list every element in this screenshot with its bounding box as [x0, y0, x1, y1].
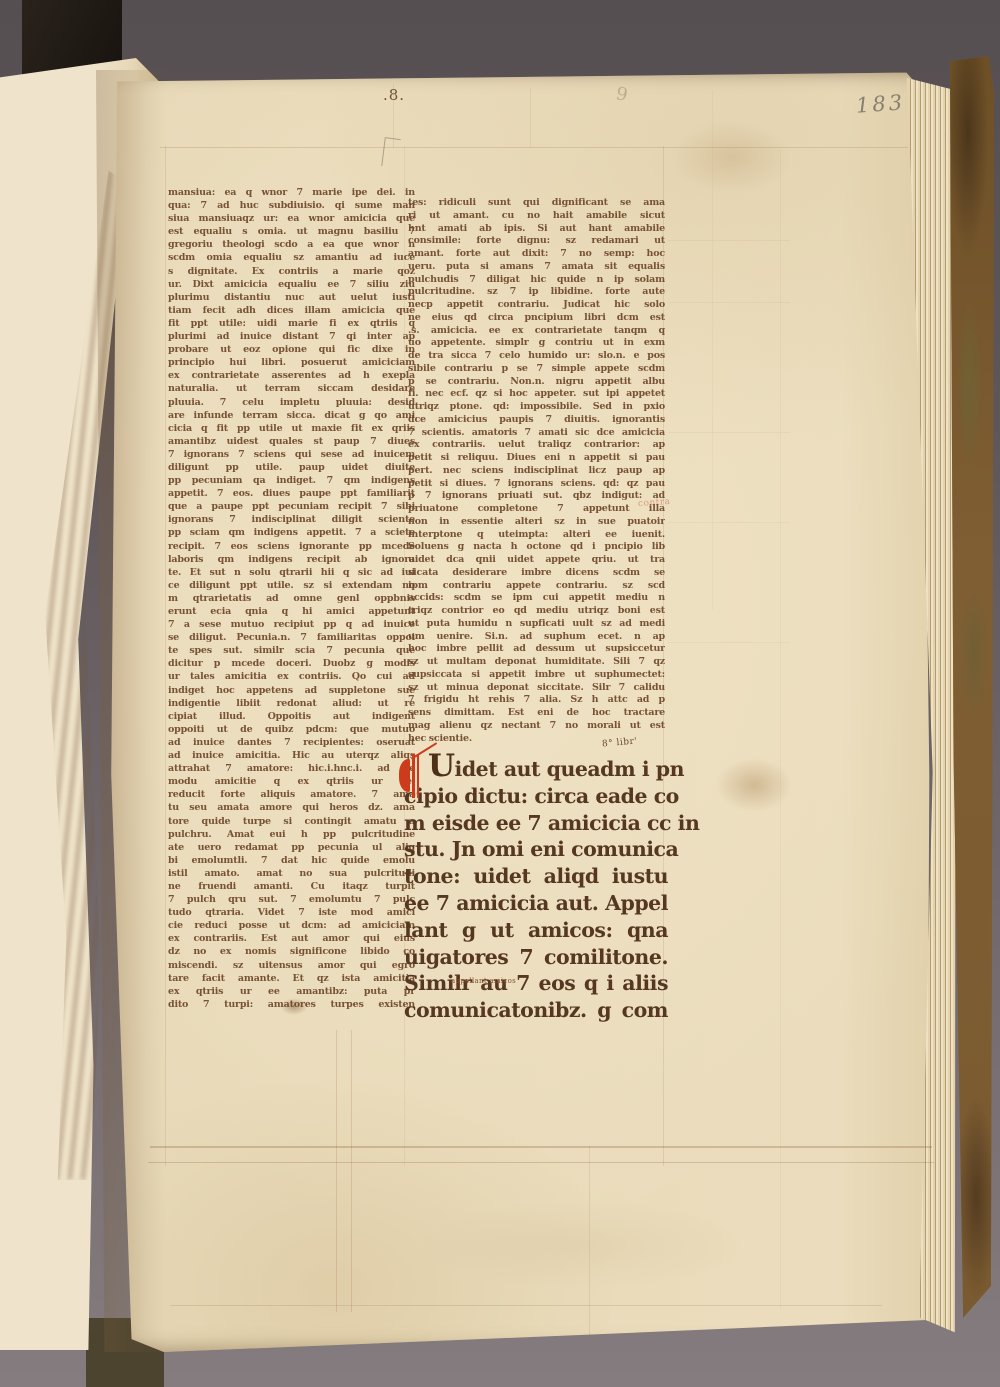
manuscript-text-line: s dignitate. Ex contriis a marie qoz [168, 265, 415, 278]
manuscript-text-line: pulchudis 7 diligat hic quide n ip solam [408, 274, 665, 287]
manuscript-text-line: triqz contrior eo qd mediu utriqz boni e… [408, 605, 665, 618]
manuscript-text-line: pp sciam qm indigens appetit. 7 a sciete [168, 526, 415, 539]
margin-ruling-4 [668, 522, 790, 523]
manuscript-text-line: sz ut minua deponat siccitate. Silr 7 ca… [408, 682, 665, 695]
ruling-line-bottom-2 [148, 1162, 934, 1163]
manuscript-text-line: istil amato. amat no sua pulcritudi [168, 867, 415, 880]
manuscript-text-line: que a paupe ppt pecuniam recipit 7 sibi [168, 500, 415, 513]
manuscript-text-line: hec scientie. [408, 733, 665, 746]
manuscript-text-line: stu. Jn omi eni comunica [404, 836, 668, 863]
manuscript-text-line: dz no ex nomis significone libido co [168, 945, 415, 958]
manuscript-text-line: attrahat 7 amatore: hic.i.hnc.i. ad te [168, 762, 415, 775]
manuscript-text-line: indigentie libiit redonat aliud: ut re [168, 697, 415, 710]
ruling-vertical-pair-2 [351, 1030, 352, 1312]
ruling-vertical-top-2 [530, 88, 531, 148]
manuscript-text-line: hoc imbre pellit ad dessum ut supsiccetu… [408, 643, 665, 656]
manuscript-text-line: pluuia. 7 celu impletu pluuia: desid [168, 396, 415, 409]
manuscript-text-line: tare facit amante. Et qz ista amicitia [168, 972, 415, 985]
manuscript-text-line: fi. nec ecf. qz si hoc appeter. sut ipi … [408, 388, 665, 401]
manuscript-text-line: ne eius qd circa pncipium libri dcm est [408, 312, 665, 325]
manuscript-text-line: sens dimittam. Est eni de hoc tractare [408, 707, 665, 720]
manuscript-text-line: cipio dictu: circa eade co [404, 783, 668, 810]
manuscript-text-line: um uenire. Si.n. ad suphum ecet. n ap [408, 631, 665, 644]
manuscript-text-line: qua: 7 ad huc subdiuisio. qi sume man [168, 199, 415, 212]
manuscript-text-line: sibile contrariu p se 7 simple appete sc… [408, 363, 665, 376]
manuscript-text-line: 7 scientis. amatoris 7 amati sic dce ami… [408, 427, 665, 440]
manuscript-text-line: tone: uidet aliqd iustu [404, 863, 668, 890]
manuscript-text-line: petit si diues. 7 ignorans sciens. qd: q… [408, 478, 665, 491]
manuscript-text-line: ad inuice dantes 7 recipientes: oseruat [168, 736, 415, 749]
manuscript-text-line: ee 7 amicicia aut. Appel [404, 890, 668, 917]
ruling-line-lower [170, 1305, 882, 1306]
margin-ruling-3 [668, 432, 790, 433]
manuscript-text-line: laboris qm indigens recipit ab ignora [168, 553, 415, 566]
manuscript-photo: .8. 9 183 8° libr' contra mansiua: ea q … [0, 0, 1000, 1387]
manuscript-text-line: tu seu amata amore qui heros dz. ama [168, 801, 415, 814]
manuscript-text-line: indiget hoc appetens ad suppletone sue [168, 684, 415, 697]
manuscript-text-line: ad inuice amicitia. Hic au uterqz aliqs [168, 749, 415, 762]
manuscript-text-line: dce amicicius paupis 7 diuitis. ignorant… [408, 414, 665, 427]
manuscript-text-line: tiam fecit adh dices illam amicicia que [168, 304, 415, 317]
manuscript-text-line: ipm contrariu appete contrariu. sz scd [408, 580, 665, 593]
manuscript-text-line: reducit forte aliquis amatore. 7 ama [168, 788, 415, 801]
manuscript-text-line: mansiua: ea q wnor 7 marie ipe dei. in [168, 186, 415, 199]
manuscript-text-line: consimile: forte dignu: sz redamari ut [408, 235, 665, 248]
manuscript-text-line: appetit. 7 eos. diues paupe ppt familiar… [168, 487, 415, 500]
manuscript-text-line: utriqz ptone. qd: impossibile. Sed in px… [408, 401, 665, 414]
lemma-text-block: Uidet aut queadm i pncipio dictu: circa … [404, 753, 668, 1024]
manuscript-text-line: lant g ut amicos: qna [404, 917, 668, 944]
manuscript-text-line: 7 pulch qru sut. 7 emolumtu 7 pulc [168, 893, 415, 906]
manuscript-text-line: ex qtriis ur ee amantibz: puta pr [168, 985, 415, 998]
manuscript-text-line: ce diligunt ppt utile. sz si extendam no [168, 579, 415, 592]
gutter-shading [96, 70, 166, 1352]
manuscript-text-line: tore quide turpe si contingit amatu a [168, 815, 415, 828]
manuscript-text-line: pulcritudine. sz 7 ip libidine. forte au… [408, 286, 665, 299]
manuscript-text-line: gregoriu theologi scdo a ea que wnor n [168, 238, 415, 251]
folio-number: 183 [855, 90, 906, 117]
manuscript-text-line: p 7 ignorans priuati sut. qbz indigut: a… [408, 490, 665, 503]
manuscript-text-line: est equaliu s omia. ut magnu basiliu 7 [168, 225, 415, 238]
manuscript-text-line: ex contrarietate asserentes ad h exepla [168, 369, 415, 382]
ruling-column-left [165, 146, 166, 1166]
manuscript-text-line: m qtrarietatis ad omne genl oppbnis [168, 592, 415, 605]
manuscript-text-line: ne fruendi amanti. Cu itaqz turpit [168, 880, 415, 893]
manuscript-text-line: m eisde ee 7 amicicia cc in [404, 810, 668, 837]
manuscript-text-line: p se contrariu. Non.n. nigru appetit alb… [408, 376, 665, 389]
manuscript-text-line: ri ut amant. cu no hait amabile sicut [408, 210, 665, 223]
manuscript-text-line: .s. amicicia. ee ex contrarietate tanqm … [408, 325, 665, 338]
manuscript-text-line: mag alienu qz nectant 7 no morali ut est [408, 720, 665, 733]
margin-ruling-2 [668, 302, 790, 303]
manuscript-text-line: dito 7 turpi: amatores turpes existen [168, 998, 415, 1011]
manuscript-text-line: pert. nec sciens indisciplinat licz paup… [408, 465, 665, 478]
manuscript-text-line: probare ut eoz opione qui fic dixe in [168, 343, 415, 356]
manuscript-text-line: comunicatonibz. g com [404, 997, 668, 1024]
manuscript-text-line: ignorans 7 indisciplinat diligit sciente [168, 513, 415, 526]
manuscript-text-line: modu amicitie q ex qtriis ur ee: [168, 775, 415, 788]
manuscript-text-line: petit si reliquu. Diues eni n appetit si… [408, 452, 665, 465]
manuscript-text-line: naturalia. ut terram siccam desidare [168, 382, 415, 395]
manuscript-text-line: ueru. puta si amans 7 amata sit equalis [408, 261, 665, 274]
manuscript-text-line: ur tales amicitia ex contriis. Qo cui ad [168, 670, 415, 683]
manuscript-text-line: ex contrariis. Est aut amor qui eius [168, 932, 415, 945]
manuscript-text-line: ur. Dixt amicicia equaliu ee 7 siliu ziu [168, 278, 415, 291]
rubric-initial-paraph [399, 756, 425, 798]
manuscript-text-line: ate uero redamat pp pecunia ul aliq [168, 841, 415, 854]
manuscript-text-line: 7 frigidu ht rehis 7 alia. Sz h attc ad … [408, 694, 665, 707]
rubric-bowl [399, 759, 410, 792]
ruling-line-bottom-1 [150, 1146, 932, 1148]
manuscript-text-line: te spes sut. similr scia 7 pecunia que [168, 644, 415, 657]
manuscript-text-line: siua mansiuaqz ur: ea wnor amicicia que [168, 212, 415, 225]
manuscript-text-line: sz ut multam deponat humiditate. Sili 7 … [408, 656, 665, 669]
manuscript-text-line: pp pecuniam qa indiget. 7 qm indigens [168, 474, 415, 487]
ruling-line-top [160, 147, 908, 148]
manuscript-text-line: necp appetit contrariu. Judicat hic solo [408, 299, 665, 312]
manuscript-text-line: cie reduci posse ut dcm: ad amiciciam [168, 919, 415, 932]
manuscript-text-line: cipiat illud. Oppoitis aut indigent [168, 710, 415, 723]
manuscript-text-line: de tra sicca 7 celo humido ur: slo.n. e … [408, 350, 665, 363]
manuscript-text-line: fit ppt utile: uidi marie fi ex qtriis q [168, 317, 415, 330]
manuscript-text-line: principio hui libri. posuerut amiciciam [168, 356, 415, 369]
rubric-bar [412, 754, 415, 798]
manuscript-text-line: ex contrariis. uelut traliqz contrarior:… [408, 439, 665, 452]
manuscript-text-line: amantibz uidest quales st paup 7 diues [168, 435, 415, 448]
interlinear-gloss: appellant amicos [451, 977, 516, 985]
left-text-column: mansiua: ea q wnor 7 marie ipe dei. inqu… [168, 186, 415, 1011]
manuscript-text-line: 7 a sese mutuo recipiut pp q ad inuice [168, 618, 415, 631]
manuscript-text-line: uidet dca qnii uidet appete qriu. ut tra [408, 554, 665, 567]
manuscript-text-line: interptone q uteimpta: alteri ee iuenit. [408, 529, 665, 542]
manuscript-text-line: amant. forte aut dixit: 7 no semp: hoc [408, 248, 665, 261]
manuscript-text-line: ut puta humidu n supficati uult sz ad me… [408, 618, 665, 631]
manuscript-text-line: diligunt pp utile. paup uidet diuite [168, 461, 415, 474]
manuscript-text-line: 7 ignorans 7 sciens qui sese ad inuicem [168, 448, 415, 461]
manuscript-text-line: accids: scdm se ipm cui appetit mediu n [408, 592, 665, 605]
manuscript-text-line: plurimu distantiu nuc aut uelut iusti [168, 291, 415, 304]
ruling-vertical-pair-1 [336, 1030, 337, 1312]
manuscript-text-line: cicia q fit pp utile ut maxie fit ex qri… [168, 422, 415, 435]
manuscript-text-line: sicata desiderare imbre dicens scdm se [408, 567, 665, 580]
manuscript-text-line: are infunde terram sicca. dicat g qo ami [168, 409, 415, 422]
manuscript-text-line: recipit. 7 eos sciens ignorante pp mcede [168, 540, 415, 553]
manuscript-text-line: Similr au 7 eos q i aliis [404, 970, 668, 997]
ruling-vertical-margin-2 [780, 150, 781, 1310]
manuscript-text-line: miscendi. sz uitensus amor qui egro [168, 959, 415, 972]
manuscript-text-line: te. Et sut n solu qtrarii hii q sic ad i… [168, 566, 415, 579]
manuscript-text-line: tes: ridiculi sunt qui dignificant se am… [408, 197, 665, 210]
ruling-vertical-margin-1 [712, 90, 713, 610]
manuscript-text-line: erunt ecia qnia q hi amici appetunt [168, 605, 415, 618]
manuscript-text-line: tudo qtraria. Videt 7 iste mod amici [168, 906, 415, 919]
manuscript-text-line: supsiccata si appetit imbre ut suphumect… [408, 669, 665, 682]
manuscript-text-line: Soluens g nacta h octone qd i pncipio li… [408, 541, 665, 554]
rubric-bar [417, 754, 420, 798]
manuscript-text-line: bi emolumtli. 7 dat hic quide emolu [168, 854, 415, 867]
manuscript-text-line: dicitur p mcede doceri. Duobz g modis [168, 657, 415, 670]
manuscript-text-line: hnt amati ab ipis. Si aut hant amabile [408, 223, 665, 236]
manuscript-text-line: plurimi ad inuice distant 7 qi inter ap [168, 330, 415, 343]
quire-page-number: .8. [383, 86, 405, 104]
margin-ruling-1 [668, 240, 790, 241]
manuscript-text-line: oppoiti ut de quibz pdcm: que mutuo [168, 723, 415, 736]
manuscript-text-line: se diligut. Pecunia.n. 7 familiaritas op… [168, 631, 415, 644]
manuscript-text-line: priuatone completone 7 appetunt illa [408, 503, 665, 516]
manuscript-text-line: uigatores 7 comilitone. [404, 944, 668, 971]
manuscript-text-line: scdm omia equaliu sz amantiu ad iuce [168, 251, 415, 264]
manuscript-text-line: non in essentie alteri sz in sue puatoir [408, 516, 665, 529]
right-text-column: tes: ridiculi sunt qui dignificant se am… [408, 197, 665, 745]
manuscript-text-line: Uidet aut queadm i pn [404, 753, 668, 783]
manuscript-text-line: uo appetente. simplr g contriu ut in exm [408, 337, 665, 350]
margin-ruling-5 [668, 642, 790, 643]
ruling-vertical-lower [589, 1146, 590, 1336]
manuscript-text-line: pulchru. Amat eui h pp pulcritudine [168, 828, 415, 841]
